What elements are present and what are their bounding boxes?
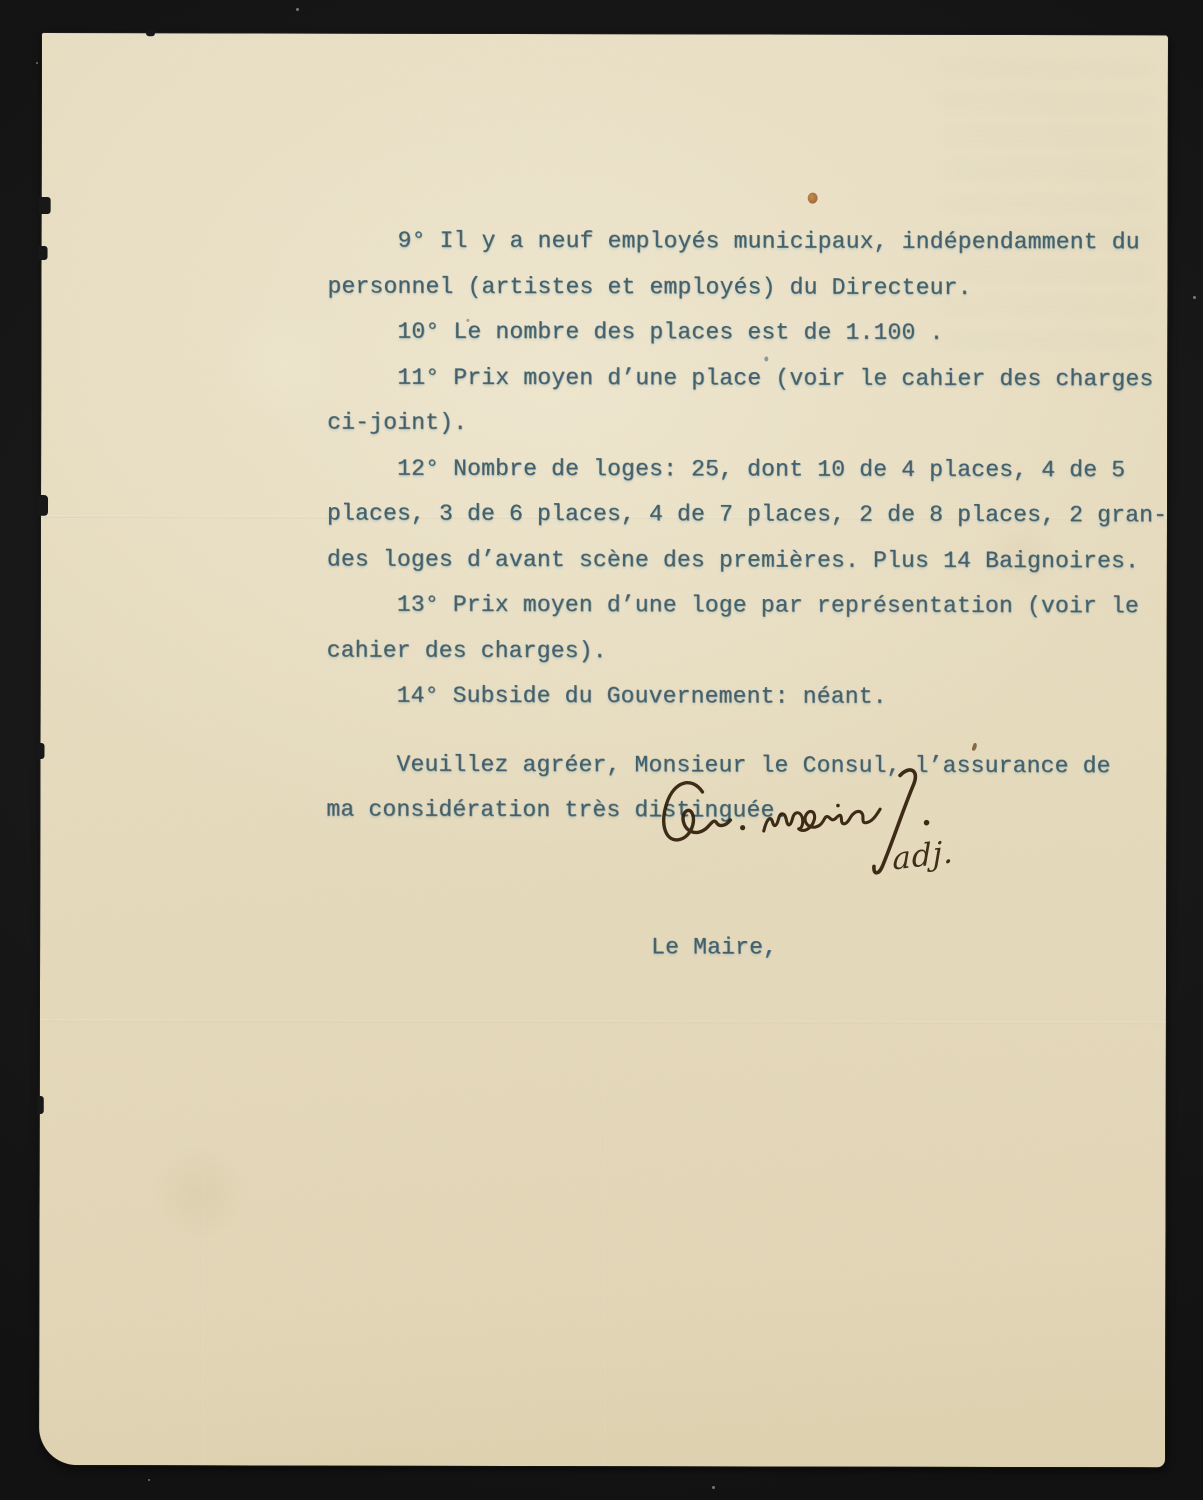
letter-line: 14° Subside du Gouvernement: néant. (327, 674, 1183, 721)
letter-line: ci-joint). (327, 401, 1183, 448)
edge-notch (39, 246, 48, 260)
edge-notch (37, 1096, 44, 1114)
edge-notch (39, 197, 51, 214)
letter-line: 13° Prix moyen d’une loge par représenta… (327, 583, 1183, 630)
scan-background: 9° Il y a neuf employés municipaux, indé… (0, 0, 1203, 1500)
dust-speck (712, 1486, 715, 1489)
dust-speck (1193, 296, 1196, 299)
letter-line: des loges d’avant scène des premières. P… (327, 537, 1183, 584)
dust-speck (296, 8, 299, 11)
letter-page: 9° Il y a neuf employés municipaux, indé… (39, 33, 1168, 1467)
edge-notch (146, 30, 155, 36)
letter-lines: 9° Il y a neuf employés municipaux, indé… (326, 219, 1183, 835)
letter-line: 10° Le nombre des places est de 1.100 . (327, 310, 1183, 357)
letter-line: personnel (artistes et employés) du Dire… (327, 264, 1183, 311)
letter-line: 9° Il y a neuf employés municipaux, indé… (328, 219, 1184, 266)
letter-line: places, 3 de 6 places, 4 de 7 places, 2 … (327, 492, 1183, 539)
edge-notch (38, 495, 48, 516)
edge-notch (37, 743, 44, 759)
fold-crease (203, 1173, 206, 1465)
dust-speck (148, 1479, 150, 1481)
letter-line: cahier des charges). (327, 628, 1183, 675)
letter-line: 11° Prix moyen d’une place (voir le cahi… (327, 355, 1183, 402)
signature-suffix: adj. (892, 834, 954, 878)
closing-salutation: Le Maire, (326, 924, 1182, 971)
letter-line: 12° Nombre de loges: 25, dont 10 de 4 pl… (327, 446, 1183, 493)
dust-speck (36, 62, 38, 64)
